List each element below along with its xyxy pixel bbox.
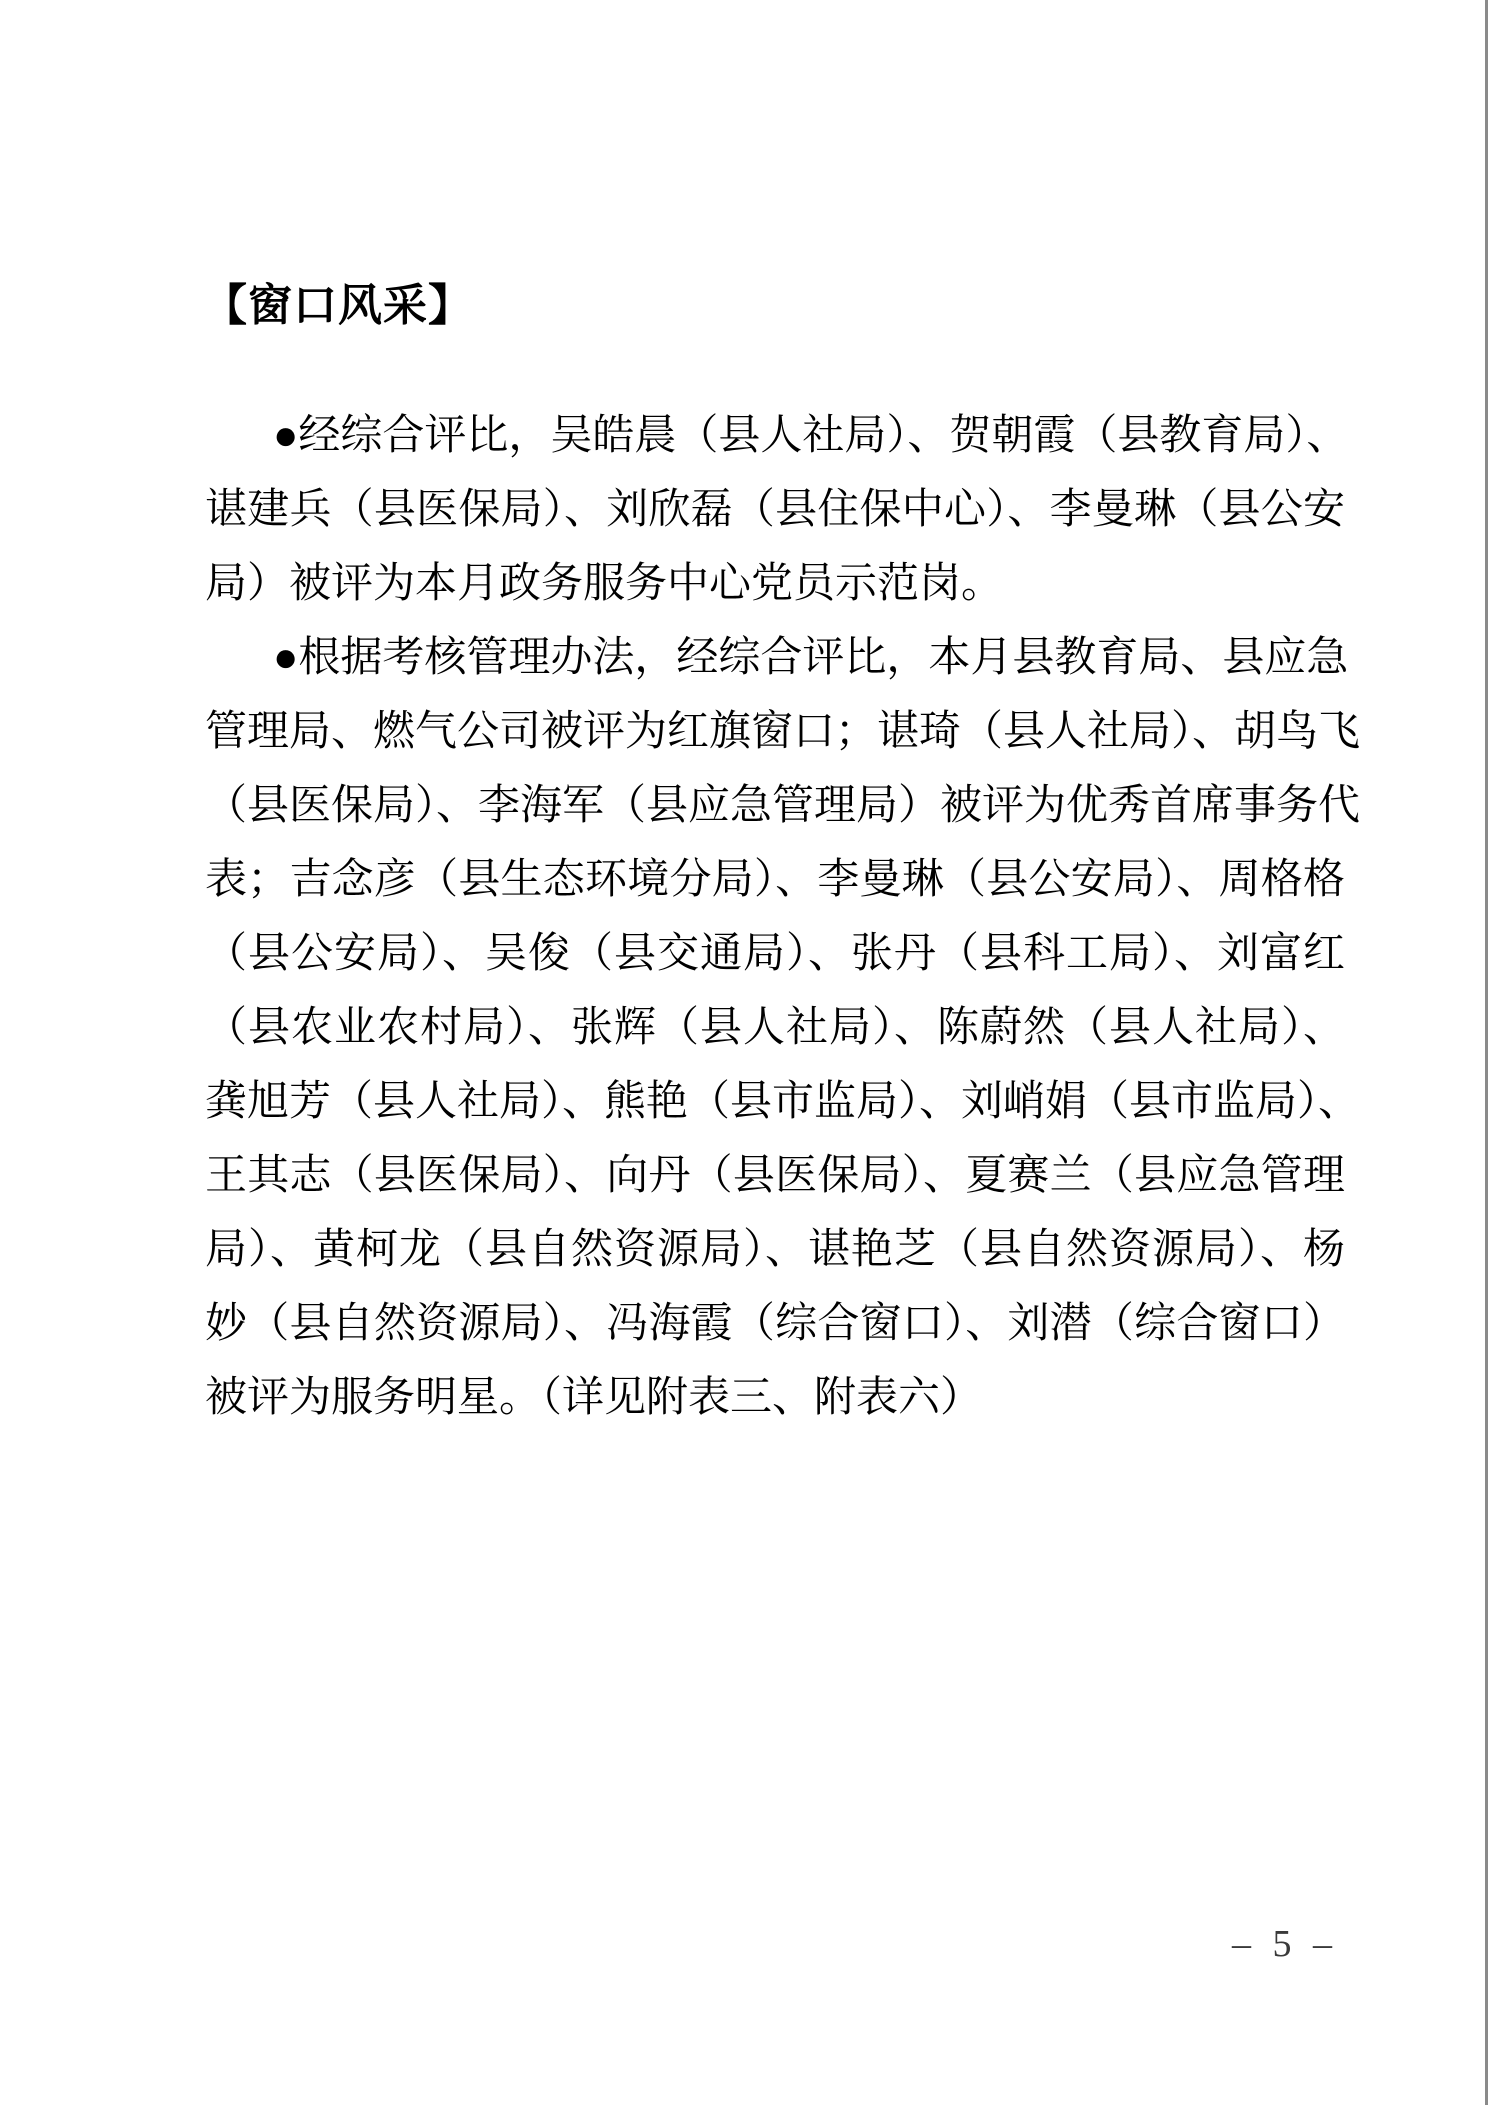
section-heading: 【窗口风采】 <box>203 278 473 334</box>
text-line: 谌建兵（县医保局）、刘欣磊（县住保中心）、李曼琳（县公安 <box>205 473 1345 547</box>
text-line: （县农业农村局）、张辉（县人社局）、陈蔚然（县人社局）、 <box>205 991 1345 1065</box>
text-line: 妙（县自然资源局）、冯海霞（综合窗口）、刘潜（综合窗口） <box>205 1287 1345 1361</box>
page-number: – 5 – <box>1180 1920 1390 1968</box>
text-line: 龚旭芳（县人社局）、熊艳（县市监局）、刘峭娟（县市监局）、 <box>205 1065 1345 1139</box>
document-body: ●经综合评比，吴皓晨（县人社局）、贺朝霞（县教育局）、谌建兵（县医保局）、刘欣磊… <box>205 399 1345 1435</box>
text-line: ●经综合评比，吴皓晨（县人社局）、贺朝霞（县教育局）、 <box>205 399 1345 473</box>
text-line: 局）被评为本月政务服务中心党员示范岗。 <box>205 547 1345 621</box>
text-line: 王其志（县医保局）、向丹（县医保局）、夏赛兰（县应急管理 <box>205 1139 1345 1213</box>
text-line: 局）、黄柯龙（县自然资源局）、谌艳芝（县自然资源局）、杨 <box>205 1213 1345 1287</box>
text-line: （县公安局）、吴俊（县交通局）、张丹（县科工局）、刘富红 <box>205 917 1345 991</box>
text-line: ●根据考核管理办法，经综合评比，本月县教育局、县应急 <box>205 621 1345 695</box>
text-line: 表；吉念彦（县生态环境分局）、李曼琳（县公安局）、周格格 <box>205 843 1345 917</box>
paragraph-party-model-posts: ●经综合评比，吴皓晨（县人社局）、贺朝霞（县教育局）、谌建兵（县医保局）、刘欣磊… <box>205 399 1345 621</box>
text-line: 管理局、燃气公司被评为红旗窗口；谌琦（县人社局）、胡鸟飞 <box>205 695 1345 769</box>
document-page: 【窗口风采】 ●经综合评比，吴皓晨（县人社局）、贺朝霞（县教育局）、谌建兵（县医… <box>0 0 1488 2105</box>
text-line: （县医保局）、李海军（县应急管理局）被评为优秀首席事务代 <box>205 769 1345 843</box>
paragraph-red-flag-windows-service-stars: ●根据考核管理办法，经综合评比，本月县教育局、县应急管理局、燃气公司被评为红旗窗… <box>205 621 1345 1435</box>
text-line: 被评为服务明星。（详见附表三、附表六） <box>205 1361 1345 1435</box>
